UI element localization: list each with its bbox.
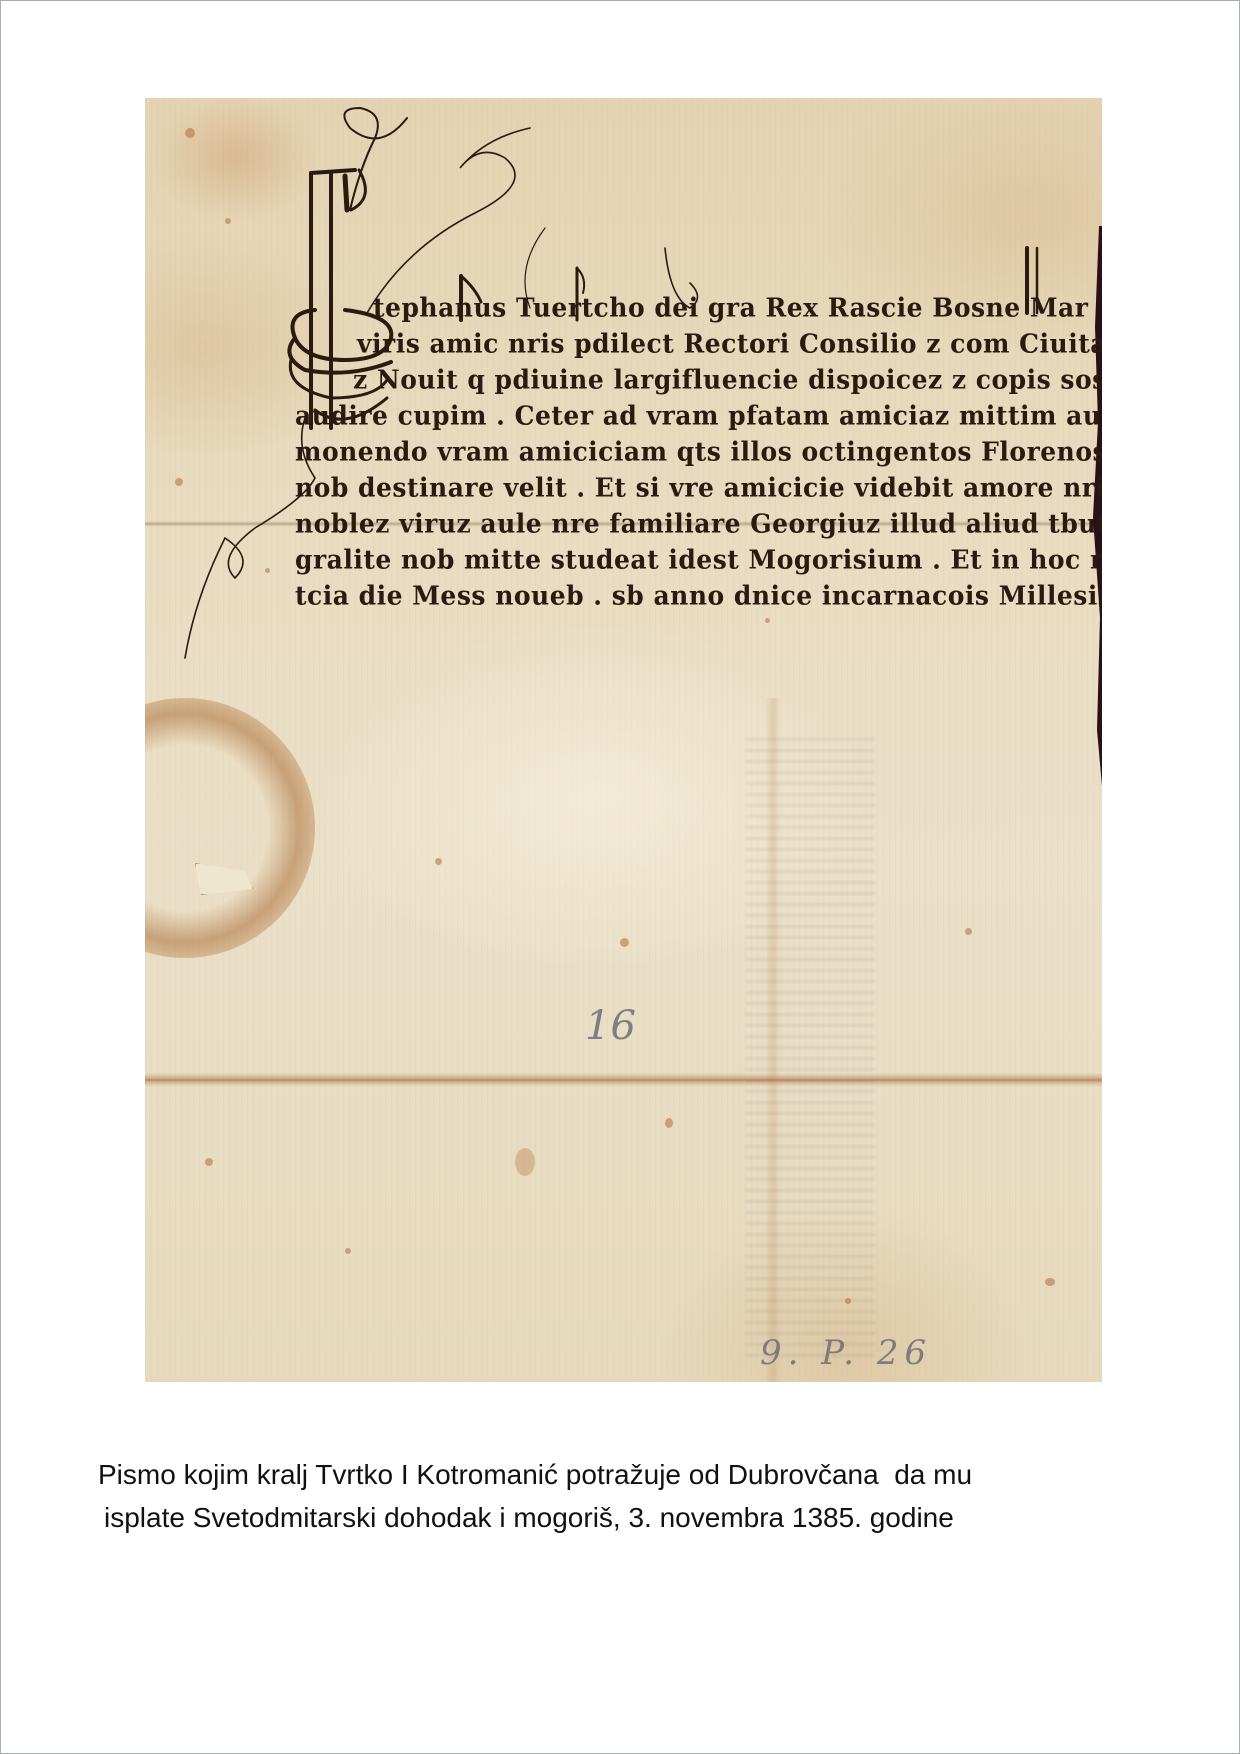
manuscript-line-5: monendo vram amiciciam qts illos octinge… xyxy=(295,436,1102,466)
caption-line-1: Pismo kojim kralj Tvrtko I Kotromanić po… xyxy=(98,1459,1240,1491)
stain-speck xyxy=(345,1248,351,1254)
stain-speck xyxy=(515,1148,535,1176)
stain-speck xyxy=(205,1158,213,1166)
manuscript-line-4: audire cupim . Ceter ad vram pfatam amic… xyxy=(295,400,1102,430)
stain-speck xyxy=(965,928,972,935)
stain-speck xyxy=(1045,1278,1055,1286)
caption-line-2: isplate Svetodmitarski dohodak i mogoriš… xyxy=(104,1502,1240,1534)
manuscript-line-3: z Nouit q pdiuine largifluencie dispoice… xyxy=(353,364,1102,394)
stain-speck xyxy=(435,858,442,865)
manuscript-line-2: viris amic nris pdilect Rectori Consilio… xyxy=(357,328,1102,358)
pencil-folio-number: 16 xyxy=(585,1003,636,1049)
manuscript-line-6: nob destinare velit . Et si vre amicicie… xyxy=(295,472,1102,502)
fold-line-lower xyxy=(145,1073,1102,1087)
document-page: tephanus Tuertcho dei gra Rex Rascie Bos… xyxy=(0,0,1240,1754)
manuscript-line-7: noblez viruz aule nre familiare Georgiuz… xyxy=(295,508,1102,538)
stain-speck xyxy=(665,1118,673,1128)
manuscript-line-1: tephanus Tuertcho dei gra Rex Rascie Bos… xyxy=(373,292,1088,322)
stain-speck xyxy=(620,938,629,947)
pencil-archive-signature: 9. P. 26 xyxy=(760,1333,932,1373)
manuscript-line-9: tcia die Mess noueb . sb anno dnice inca… xyxy=(295,580,1102,610)
fold-line-vertical xyxy=(765,698,781,1382)
manuscript-line-8: gralite nob mitte studeat idest Mogorisi… xyxy=(295,544,1102,574)
manuscript-scan: tephanus Tuertcho dei gra Rex Rascie Bos… xyxy=(145,98,1102,1382)
